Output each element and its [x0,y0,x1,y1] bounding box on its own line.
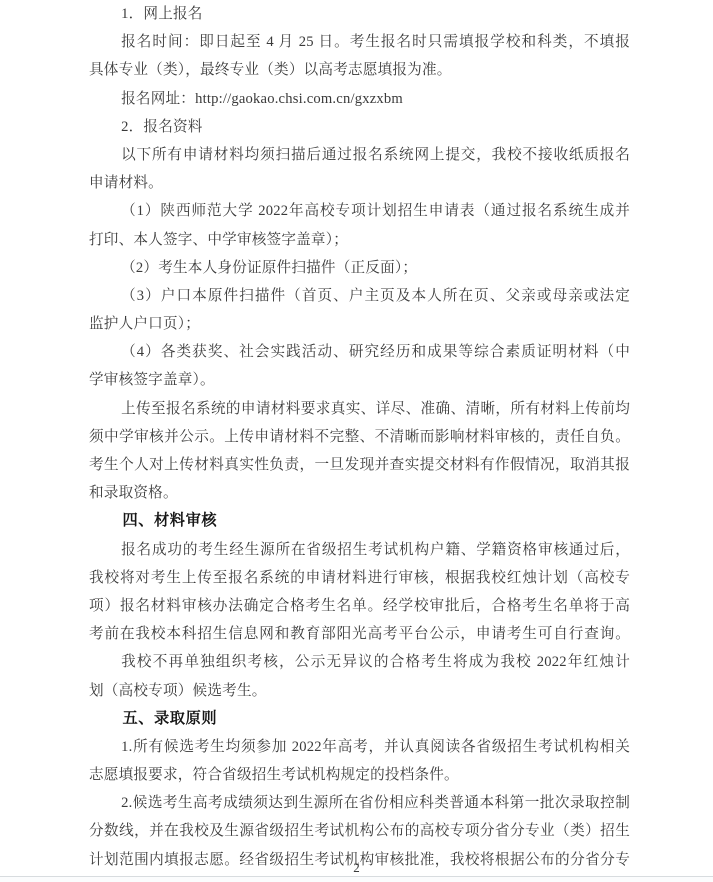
doc-line: 我校不再单独组织考核，公示无异议的合格考生将成为我校 2022年红烛计 [89,648,630,676]
subsection-title-online-registration: 1．网上报名 [89,0,630,28]
doc-line: 项）报名材料审核办法确定合格考生名单。经学校审批后，合格考生名单将于高 [89,592,630,620]
doc-line: 以下所有申请材料均须扫描后通过报名系统网上提交，我校不接收纸质报名 [89,141,630,169]
doc-line: 报名成功的考生经生源所在省级招生考试机构户籍、学籍资格审核通过后， [89,536,630,564]
doc-line: 申请材料。 [89,169,630,197]
doc-line: 具体专业（类），最终专业（类）以高考志愿填报为准。 [89,56,630,84]
doc-line: 分数线，并在我校及生源省级招生考试机构公布的高校专项分省分专业（类）招生 [89,817,630,845]
doc-line: 划（高校专项）候选考生。 [89,677,630,705]
doc-line: 考前在我校本科招生信息网和教育部阳光高考平台公示，申请考生可自行查询。 [89,620,630,648]
doc-line: 上传至报名系统的申请材料要求真实、详尽、准确、清晰，所有材料上传前均 [89,395,630,423]
doc-line-principle-2: 2.候选考生高考成绩须达到生源所在省份相应科类普通本科第一批次录取控制 [89,789,630,817]
subsection-title-application-materials: 2．报名资料 [89,113,630,141]
doc-line-material-item-4: （4）各类获奖、社会实践活动、研究经历和成果等综合素质证明材料（中 [89,338,630,366]
section-heading-admission-principles: 五、录取原则 [89,705,630,733]
page-number: 2 [0,859,713,876]
document-page: 1．网上报名 报名时间：即日起至 4 月 25 日。考生报名时只需填报学校和科类… [0,0,713,882]
doc-line: 我校将对考生上传至报名系统的申请材料进行审核，根据我校红烛计划（高校专 [89,564,630,592]
doc-line: 志愿填报要求，符合省级招生考试机构规定的投档条件。 [89,761,630,789]
section-heading-material-review: 四、材料审核 [89,507,630,535]
doc-line-material-item-2: （2）考生本人身份证原件扫描件（正反面）； [89,254,630,282]
doc-line: 报名时间：即日起至 4 月 25 日。考生报名时只需填报学校和科类，不填报 [89,28,630,56]
doc-line: 学审核签字盖章）。 [89,366,630,394]
doc-line: 须中学审核并公示。上传申请材料不完整、不清晰而影响材料审核的，责任自负。 [89,423,630,451]
page-bottom-edge [0,876,713,882]
doc-line: 考生个人对上传材料真实性负责，一旦发现并查实提交材料有作假情况，取消其报考 [89,451,630,479]
doc-line: 打印、本人签字、中学审核签字盖章）； [89,226,630,254]
doc-line: 监护人户口页）； [89,310,630,338]
doc-line-material-item-3: （3）户口本原件扫描件（首页、户主页及本人所在页、父亲或母亲或法定 [89,282,630,310]
doc-line: 和录取资格。 [89,479,630,507]
doc-line-material-item-1: （1）陕西师范大学 2022年高校专项计划招生申请表（通过报名系统生成并 [89,197,630,225]
registration-url-line: 报名网址：http://gaokao.chsi.com.cn/gxzxbm [89,85,630,113]
doc-line-principle-1: 1.所有候选考生均须参加 2022年高考，并认真阅读各省级招生考试机构相关 [89,733,630,761]
document-body: 1．网上报名 报名时间：即日起至 4 月 25 日。考生报名时只需填报学校和科类… [89,0,630,874]
